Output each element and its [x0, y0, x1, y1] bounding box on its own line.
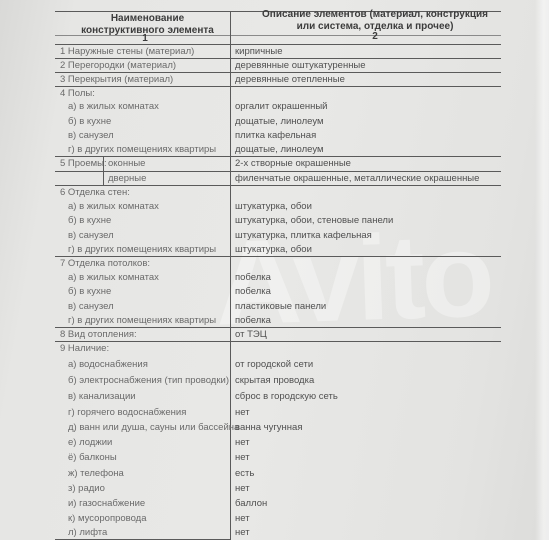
element-name: 8 Вид отопления: [60, 328, 137, 341]
element-description: ванна чугунная [235, 421, 302, 434]
element-description: скрытая проводка [235, 374, 314, 387]
element-description: есть [235, 467, 254, 480]
element-name: л) лифта [68, 526, 107, 539]
element-description: от городской сети [235, 358, 313, 371]
element-name: а) водоснабжения [68, 358, 148, 371]
element-name: в) санузел [68, 300, 114, 313]
element-name: е) лоджии [68, 436, 112, 449]
element-name: ж) телефона [68, 467, 124, 480]
column-header-2: Описание элементов (материал, конструкци… [255, 9, 495, 33]
element-description: дощатые, линолеум [235, 143, 324, 156]
column-number-2: 2 [360, 31, 390, 42]
element-description: нет [235, 436, 250, 449]
element-description: побелка [235, 285, 271, 298]
element-description: штукатурка, обои [235, 200, 312, 213]
element-description: нет [235, 526, 250, 539]
element-name: 3 Перекрытия (материал) [60, 73, 173, 86]
element-name: 6 Отделка стен: [60, 186, 130, 199]
element-description: дощатые, линолеум [235, 115, 324, 128]
element-name: д) ванн или душа, сауны или бассейна [68, 421, 239, 434]
element-description: баллон [235, 497, 267, 510]
element-description: нет [235, 451, 250, 464]
element-description: кирпичные [235, 45, 283, 58]
openings-mid-rule [103, 171, 501, 172]
element-name: г) в других помещениях квартиры [68, 243, 216, 256]
header-divider [55, 35, 501, 36]
element-name: г) горячего водоснабжения [68, 406, 186, 419]
column-divider [230, 11, 231, 540]
element-name: в) канализации [68, 390, 136, 403]
element-description: филенчатые окрашенные, металлические окр… [235, 172, 479, 185]
element-subname: дверные [108, 172, 146, 185]
paper-edge-shadow [535, 0, 549, 540]
element-description: штукатурка, обои, стеновые панели [235, 214, 393, 227]
element-description: побелка [235, 271, 271, 284]
element-description: нет [235, 512, 250, 525]
element-name: 5 Проемы: [60, 157, 107, 170]
element-subname: оконные [108, 157, 145, 170]
element-description: оргалит окрашенный [235, 100, 328, 113]
row-divider [55, 341, 501, 342]
element-description: нет [235, 482, 250, 495]
row-divider [55, 86, 501, 87]
element-name: з) радио [68, 482, 105, 495]
element-name: 1 Наружные стены (материал) [60, 45, 194, 58]
element-name: а) в жилых комнатах [68, 100, 159, 113]
element-name: в) санузел [68, 129, 114, 142]
element-description: побелка [235, 314, 271, 327]
column-number-1: 1 [130, 33, 160, 44]
element-description: 2-х створные окрашенные [235, 157, 351, 170]
element-description: штукатурка, обои [235, 243, 312, 256]
element-description: от ТЭЦ [235, 328, 267, 341]
element-name: и) газоснабжение [68, 497, 145, 510]
element-name: к) мусоропровода [68, 512, 147, 525]
element-name: 2 Перегородки (материал) [60, 59, 176, 72]
element-name: г) в других помещениях квартиры [68, 143, 216, 156]
element-name: ё) балконы [68, 451, 117, 464]
element-name: г) в других помещениях квартиры [68, 314, 216, 327]
element-name: а) в жилых комнатах [68, 200, 159, 213]
element-description: нет [235, 406, 250, 419]
element-name: 4 Полы: [60, 87, 95, 100]
element-name: б) электроснабжения (тип проводки) [68, 374, 229, 387]
element-description: штукатурка, плитка кафельная [235, 229, 372, 242]
element-description: сброс в городскую сеть [235, 390, 338, 403]
element-description: плитка кафельная [235, 129, 316, 142]
element-name: б) в кухне [68, 214, 111, 227]
element-description: деревянные оштукатуренные [235, 59, 366, 72]
element-name: б) в кухне [68, 285, 111, 298]
element-name: б) в кухне [68, 115, 111, 128]
element-name: 9 Наличие: [60, 342, 109, 355]
element-description: деревянные отепленные [235, 73, 345, 86]
element-name: 7 Отделка потолков: [60, 257, 150, 270]
element-description: пластиковые панели [235, 300, 326, 313]
element-name: в) санузел [68, 229, 114, 242]
element-name: а) в жилых комнатах [68, 271, 159, 284]
